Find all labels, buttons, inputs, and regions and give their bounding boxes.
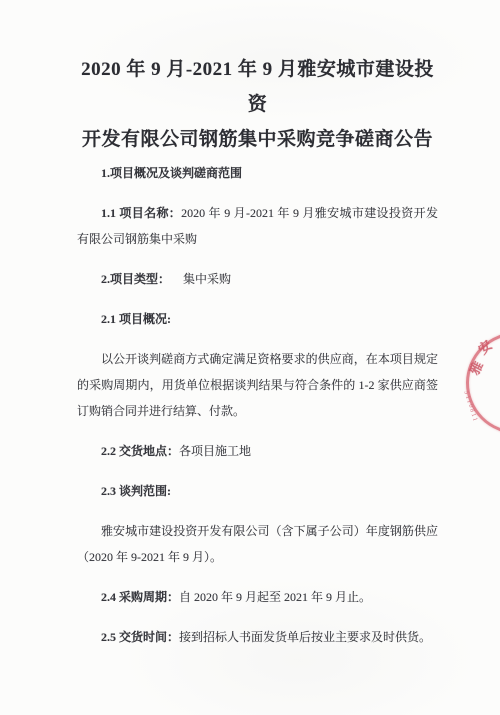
- clause-label: 2.2 交货地点：: [101, 444, 179, 458]
- clause-2-project-type: 2.项目类型：集中采购: [77, 266, 438, 292]
- clause-label: 1.1 项目名称：: [101, 206, 181, 220]
- clause-2-3-scope-heading: 2.3 谈判范围:: [77, 478, 438, 504]
- clause-2-2-delivery-place: 2.2 交货地点：各项目施工地: [77, 438, 438, 464]
- document-body: 2020 年 9 月-2021 年 9 月雅安城市建设投资开发有限公司钢筋集中采…: [77, 52, 438, 664]
- title-line-1: 2020 年 9 月-2021 年 9 月雅安城市建设投资: [81, 59, 434, 115]
- clause-1-1-project-name: 1.1 项目名称：2020 年 9 月-2021 年 9 月雅安城市建设投资开发…: [77, 200, 438, 252]
- clause-label: 1.项目概况及谈判磋商范围: [101, 166, 242, 180]
- title-line-2: 开发有限公司钢筋集中采购竞争磋商公告: [82, 129, 433, 150]
- clause-text: 集中采购: [183, 272, 231, 286]
- clause-text: 各项目施工地: [179, 444, 251, 458]
- clause-text: 接到招标人书面发货单后按业主要求及时供货。: [179, 630, 431, 644]
- clause-label: 2.4 采购周期：: [101, 590, 179, 604]
- announcement-title: 2020 年 9 月-2021 年 9 月雅安城市建设投资开发有限公司钢筋集中采…: [77, 52, 438, 157]
- scanned-document-page: 2020 年 9 月-2021 年 9 月雅安城市建设投资开发有限公司钢筋集中采…: [0, 0, 500, 715]
- clause-2-4-procurement-period: 2.4 采购周期：自 2020 年 9 月起至 2021 年 9 月止。: [77, 584, 438, 610]
- clause-2-3-scope-body: 雅安城市建设投资开发有限公司（含下属子公司）年度钢筋供应（2020 年 9-20…: [77, 518, 438, 570]
- clause-2-1-overview-body: 以公开谈判磋商方式确定满足资格要求的供应商，在本项目规定的采购周期内，用货单位根…: [77, 346, 438, 424]
- clause-label: 2.5 交货时间：: [101, 630, 179, 644]
- clause-text: 雅安城市建设投资开发有限公司（含下属子公司）年度钢筋供应（2020 年 9-20…: [77, 524, 438, 564]
- clause-2-5-delivery-time: 2.5 交货时间：接到招标人书面发货单后按业主要求及时供货。: [77, 624, 438, 650]
- clause-text: 以公开谈判磋商方式确定满足资格要求的供应商，在本项目规定的采购周期内，用货单位根…: [77, 352, 438, 418]
- section-1-heading: 1.项目概况及谈判磋商范围: [77, 160, 438, 186]
- clause-label: 2.项目类型：: [101, 272, 170, 286]
- clause-label: 2.3 谈判范围:: [101, 484, 171, 498]
- clause-label: 2.1 项目概况:: [101, 312, 171, 326]
- clause-2-1-overview-heading: 2.1 项目概况:: [77, 306, 438, 332]
- clause-text: 自 2020 年 9 月起至 2021 年 9 月止。: [179, 590, 371, 604]
